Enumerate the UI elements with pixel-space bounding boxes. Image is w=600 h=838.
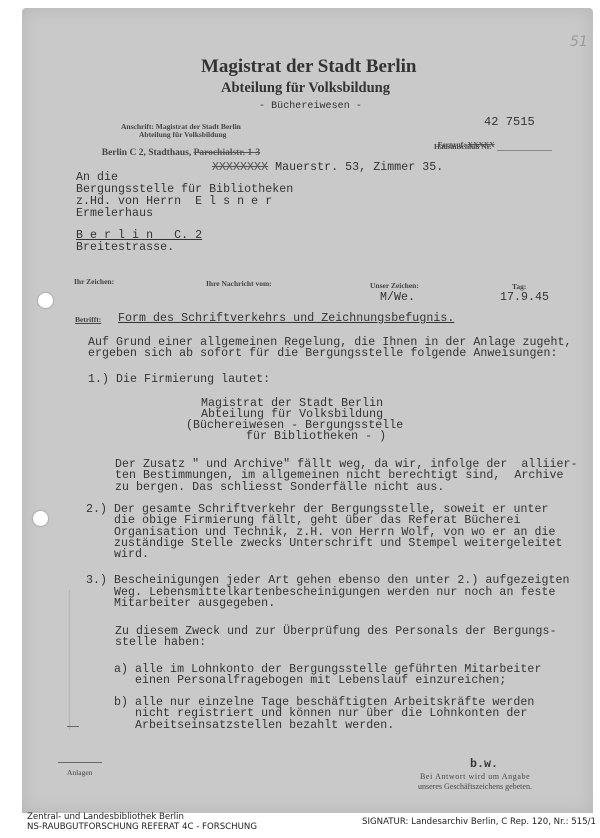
item1-note-2: zu bergen. Das schliesst Sonderfälle nic…: [115, 482, 444, 494]
letterhead-division: - Büchereiwesen -: [259, 101, 362, 113]
our-ref-label: Unser Zeichen:: [370, 281, 419, 290]
page-fold-line: [69, 590, 70, 730]
extension-rule: [497, 150, 552, 151]
recipient-line-3: Ermelerhaus: [76, 208, 153, 220]
phone-number: 42 7515: [484, 116, 535, 128]
item3-line-2: Mitarbeiter ausgegeben.: [86, 598, 275, 610]
item3a-line-1: einen Personalfragebogen mit Lebenslauf …: [114, 675, 506, 687]
page-number: 51: [570, 34, 588, 50]
date-label: Tag:: [512, 282, 526, 291]
typed-struck: XXXXXXXX: [212, 161, 268, 174]
punch-hole-bottom: [33, 511, 48, 526]
intro-line-1: ergeben sich ab sofort für die Bergungss…: [88, 348, 558, 360]
item3-note-1: stelle haben:: [115, 637, 206, 649]
recipient-street: Breitestrasse.: [76, 242, 174, 254]
sender-street-prefix: Berlin C 2, Stadthaus,: [102, 148, 194, 158]
subject-text: Form des Schriftverkehrs und Zeichnungsb…: [118, 313, 454, 325]
letter-date: 17.9.45: [500, 292, 549, 304]
archive-footer-left-1: NS-RAUBGUTFORSCHUNG REFERAT 4C - FORSCHU…: [27, 822, 257, 832]
reply-note-0: Bei Antwort wird um Angabe: [420, 772, 530, 781]
item2-line-3: zuständige Stelle zwecks Unterschrift un…: [86, 538, 563, 550]
your-ref-label: Ihr Zeichen:: [74, 277, 114, 286]
archive-footer-signature: SIGNATUR: Landesarchiv Berlin, C Rep. 12…: [362, 817, 596, 827]
reply-note-1: unseres Geschäftszeichens gebeten.: [418, 782, 532, 791]
sender-typed-address: XXXXXXXX Mauerstr. 53, Zimmer 35.: [198, 150, 443, 174]
extension-label: Hausanschluß Nr.: [434, 142, 491, 151]
letterhead-org: Magistrat der Stadt Berlin: [201, 56, 417, 78]
your-message-label: Ihre Nachricht vom:: [206, 279, 272, 288]
item1-heading: 1.) Die Firmierung lautet:: [88, 374, 270, 386]
attachments-label: Anlagen: [67, 768, 92, 777]
firm-name-3: für Bibliotheken - ): [246, 431, 386, 443]
pto-mark: b.w.: [470, 759, 498, 771]
typed-address: Mauerstr. 53, Zimmer 35.: [275, 161, 443, 174]
item3b-line-2: Arbeitseinsatzstellen bezahlt werden.: [114, 720, 394, 732]
item2-line-4: wird.: [86, 549, 149, 561]
margin-mark: [67, 726, 79, 727]
our-ref: M/We.: [380, 292, 415, 304]
punch-hole-top: [38, 293, 53, 308]
letterhead-department: Abteilung für Volksbildung: [221, 80, 390, 97]
attachments-rule: [58, 762, 102, 763]
archive-footer-left-0: Zentral- und Landesbibliothek Berlin: [27, 812, 184, 822]
subject-label: Betrifft:: [75, 315, 101, 324]
